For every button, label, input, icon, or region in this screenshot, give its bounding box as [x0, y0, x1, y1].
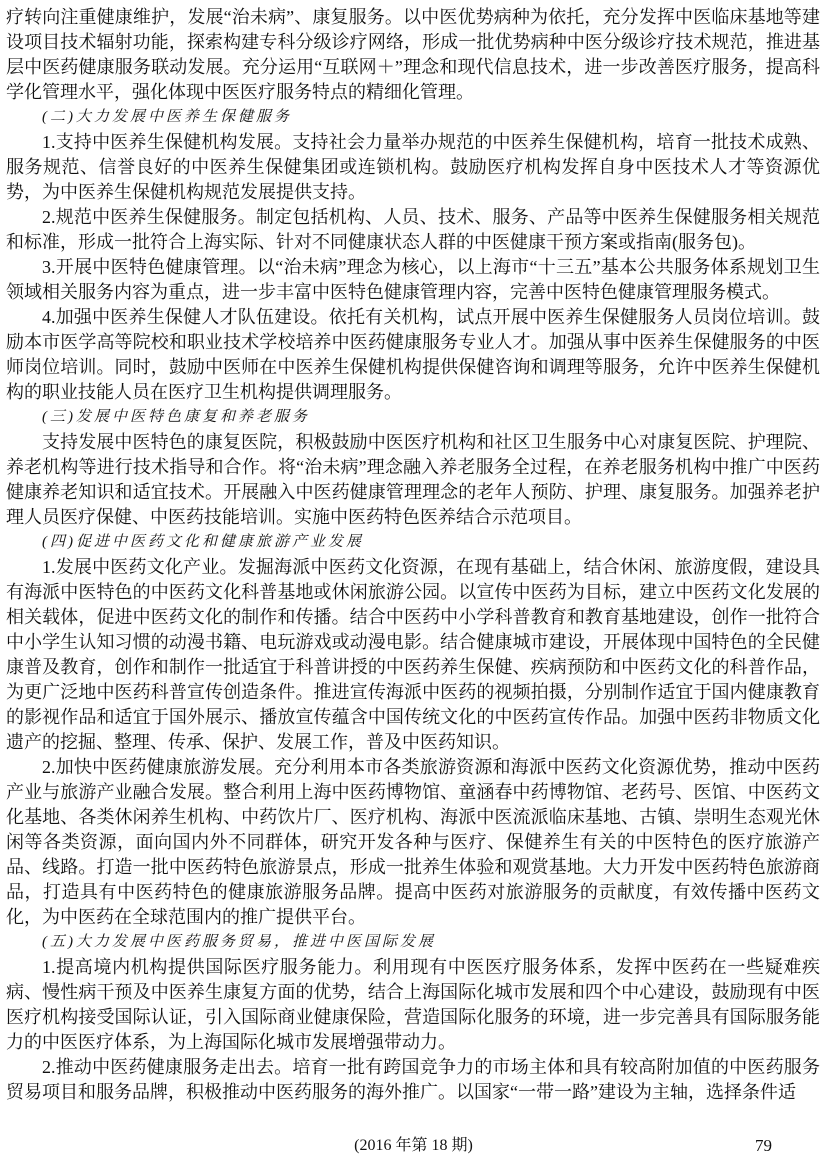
paragraph: 2.规范中医养生保健服务。制定包括机构、人员、技术、服务、产品等中医养生保健服务…	[6, 205, 820, 255]
paragraph: 1.支持中医养生保健机构发展。支持社会力量举办规范的中医养生保健机构，培育一批技…	[6, 130, 820, 205]
paragraph: 3.开展中医特色健康管理。以“治未病”理念为核心，以上海市“十三五”基本公共服务…	[6, 255, 820, 305]
section-heading: (三)发展中医特色康复和养老服务	[6, 405, 820, 430]
paragraph: 支持发展中医特色的康复医院，积极鼓励中医医疗机构和社区卫生服务中心对康复医院、护…	[6, 430, 820, 530]
page-number: 79	[755, 1133, 772, 1158]
issue-label: (2016 年第 18 期)	[0, 1133, 827, 1158]
paragraph: 2.推动中医药健康服务走出去。培育一批有跨国竞争力的市场主体和具有较高附加值的中…	[6, 1055, 820, 1105]
paragraph: 1.发展中医药文化产业。发掘海派中医药文化资源，在现有基础上，结合休闲、旅游度假…	[6, 555, 820, 755]
paragraph: 2.加快中医药健康旅游发展。充分利用本市各类旅游资源和海派中医药文化资源优势，推…	[6, 755, 820, 930]
paragraph: 4.加强中医养生保健人才队伍建设。依托有关机构，试点开展中医养生保健服务人员岗位…	[6, 305, 820, 405]
section-heading: (四)促进中医药文化和健康旅游产业发展	[6, 530, 820, 555]
page-footer: (2016 年第 18 期) 79	[0, 1133, 827, 1158]
document-body: 疗转向注重健康维护，发展“治未病”、康复服务。以中医优势病种为依托，充分发挥中医…	[6, 5, 820, 1105]
section-heading: (五)大力发展中医药服务贸易，推进中医国际发展	[6, 930, 820, 955]
section-heading: (二)大力发展中医养生保健服务	[6, 105, 820, 130]
paragraph: 1.提高境内机构提供国际医疗服务能力。利用现有中医医疗服务体系，发挥中医药在一些…	[6, 955, 820, 1055]
paragraph: 疗转向注重健康维护，发展“治未病”、康复服务。以中医优势病种为依托，充分发挥中医…	[6, 5, 820, 105]
document-page: 疗转向注重健康维护，发展“治未病”、康复服务。以中医优势病种为依托，充分发挥中医…	[0, 0, 827, 1170]
